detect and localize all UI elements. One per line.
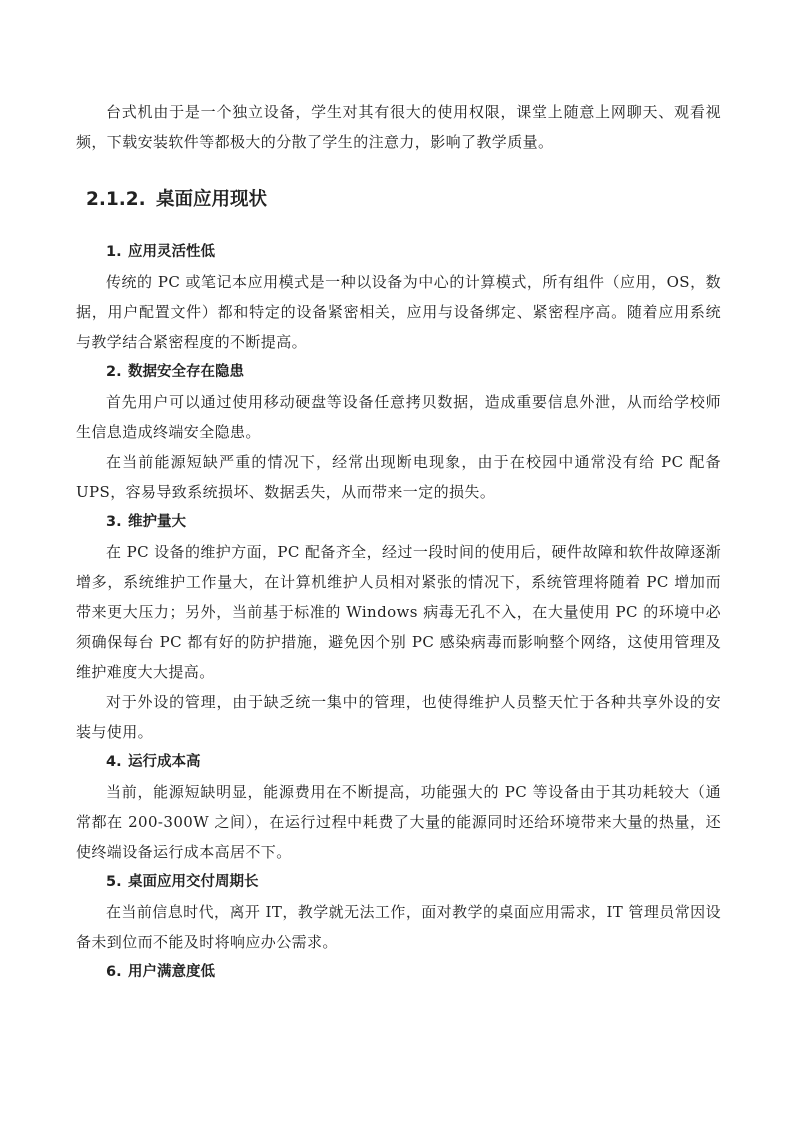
intro-paragraph: 台式机由于是一个独立设备，学生对其有很大的使用权限，课堂上随意上网聊天、观看视频…	[76, 97, 721, 157]
item-number: 3.	[106, 507, 128, 537]
item-number: 6.	[106, 957, 128, 987]
item-1-paragraph-1: 传统的 PC 或笔记本应用模式是一种以设备为中心的计算模式，所有组件（应用，OS…	[76, 267, 721, 357]
item-number: 2.	[106, 357, 128, 387]
item-number: 5.	[106, 867, 128, 897]
item-5-paragraph-1: 在当前信息时代，离开 IT，教学就无法工作，面对教学的桌面应用需求，IT 管理员…	[76, 897, 721, 957]
item-title: 用户满意度低	[128, 964, 215, 980]
item-title: 应用灵活性低	[128, 244, 215, 260]
section-title: 桌面应用现状	[156, 189, 267, 210]
item-title: 桌面应用交付周期长	[128, 874, 259, 890]
item-3-paragraph-1: 在 PC 设备的维护方面，PC 配备齐全，经过一段时间的使用后，硬件故障和软件故…	[76, 537, 721, 687]
item-heading-2: 2.数据安全存在隐患	[76, 357, 721, 387]
item-heading-3: 3.维护量大	[76, 507, 721, 537]
section-number: 2.1.2.	[86, 185, 156, 215]
section-heading: 2.1.2.桌面应用现状	[76, 185, 721, 215]
item-heading-4: 4.运行成本高	[76, 747, 721, 777]
item-3-paragraph-2: 对于外设的管理，由于缺乏统一集中的管理，也使得维护人员整天忙于各种共享外设的安装…	[76, 687, 721, 747]
item-2-paragraph-2: 在当前能源短缺严重的情况下，经常出现断电现象，由于在校园中通常没有给 PC 配备…	[76, 447, 721, 507]
item-2-paragraph-1: 首先用户可以通过使用移动硬盘等设备任意拷贝数据，造成重要信息外泄，从而给学校师生…	[76, 387, 721, 447]
item-title: 数据安全存在隐患	[128, 364, 244, 380]
item-heading-1: 1.应用灵活性低	[76, 237, 721, 267]
item-heading-6: 6.用户满意度低	[76, 957, 721, 987]
item-title: 运行成本高	[128, 754, 201, 770]
item-4-paragraph-1: 当前，能源短缺明显，能源费用在不断提高，功能强大的 PC 等设备由于其功耗较大（…	[76, 777, 721, 867]
item-title: 维护量大	[128, 514, 186, 530]
document-page: 台式机由于是一个独立设备，学生对其有很大的使用权限，课堂上随意上网聊天、观看视频…	[76, 97, 721, 987]
item-number: 1.	[106, 237, 128, 267]
item-heading-5: 5.桌面应用交付周期长	[76, 867, 721, 897]
item-number: 4.	[106, 747, 128, 777]
